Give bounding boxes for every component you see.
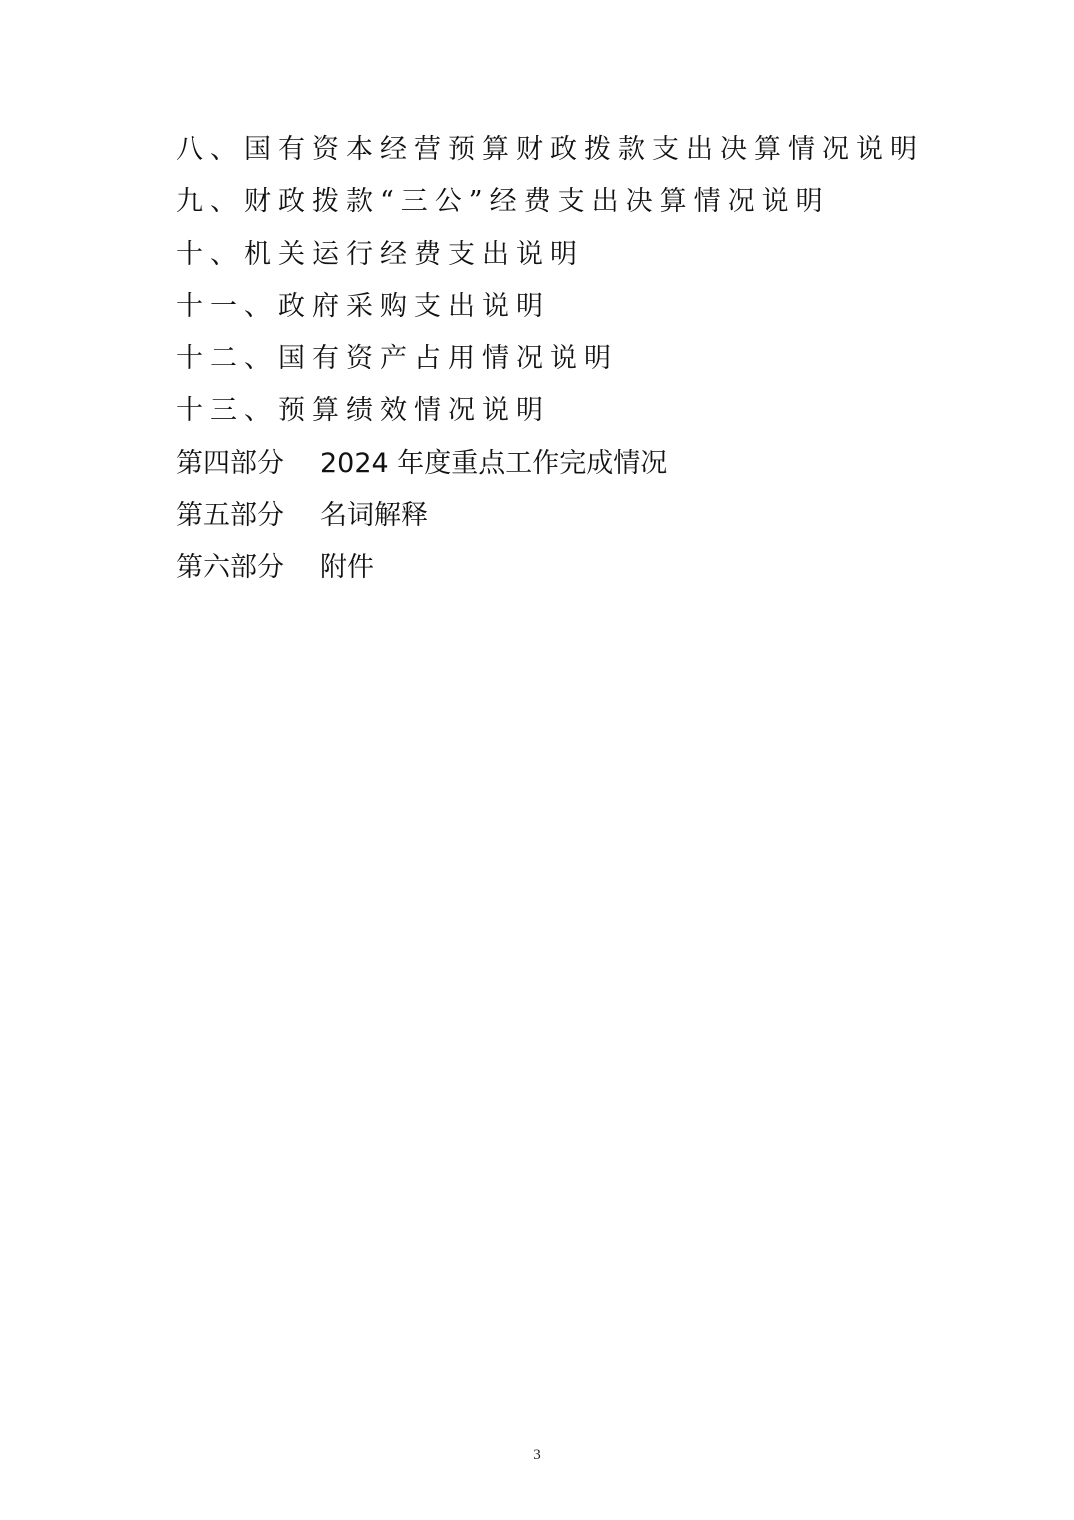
part-label: 第五部分 xyxy=(176,490,320,542)
toc-item-13[interactable]: 十三、预算绩效情况说明 xyxy=(176,385,976,437)
toc-part-5[interactable]: 第五部分名词解释 xyxy=(176,490,976,542)
toc-item-11[interactable]: 十一、政府采购支出说明 xyxy=(176,281,976,333)
toc-part-6[interactable]: 第六部分附件 xyxy=(176,542,976,594)
part-title: 附件 xyxy=(320,552,374,583)
toc-part-4[interactable]: 第四部分2024 年度重点工作完成情况 xyxy=(176,438,976,490)
part-title: 2024 年度重点工作完成情况 xyxy=(320,448,667,479)
toc-item-8[interactable]: 八、国有资本经营预算财政拨款支出决算情况说明 xyxy=(176,124,976,176)
table-of-contents: 八、国有资本经营预算财政拨款支出决算情况说明 九、财政拨款“三公”经费支出决算情… xyxy=(176,124,976,595)
part-label: 第六部分 xyxy=(176,542,320,594)
toc-item-12[interactable]: 十二、国有资产占用情况说明 xyxy=(176,333,976,385)
toc-item-9[interactable]: 九、财政拨款“三公”经费支出决算情况说明 xyxy=(176,176,976,228)
part-label: 第四部分 xyxy=(176,438,320,490)
page-number: 3 xyxy=(0,1447,1074,1464)
part-title: 名词解释 xyxy=(320,500,428,531)
toc-item-10[interactable]: 十、机关运行经费支出说明 xyxy=(176,229,976,281)
